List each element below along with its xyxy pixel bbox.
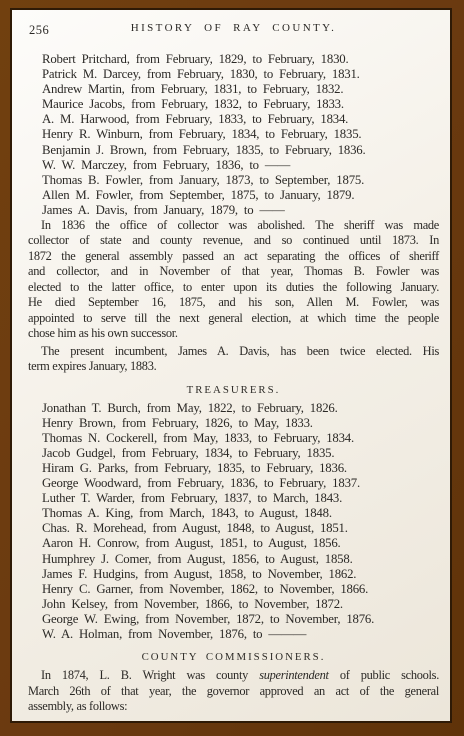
paragraph-line: elected to the latter office, to enter u… [28,280,439,295]
paragraph-line: assembly, as follows: [28,699,439,714]
paragraph-county-commissioners: In 1874, L. B. Wright was county superin… [28,668,439,714]
running-title: HISTORY OF RAY COUNTY. [28,22,439,34]
list-item: James F. Hudgins, from August, 1858, to … [42,567,439,582]
list-item: Thomas B. Fowler, from January, 1873, to… [42,173,439,188]
paragraph-line: The present incumbent, James A. Davis, h… [28,344,439,359]
list-item: Benjamin J. Brown, from February, 1835, … [42,143,439,158]
list-item: Hiram G. Parks, from February, 1835, to … [42,461,439,476]
list-item: George Woodward, from February, 1836, to… [42,476,439,491]
list-item: Allen M. Fowler, from September, 1875, t… [42,188,439,203]
paragraph-present-incumbent: The present incumbent, James A. Davis, h… [28,344,439,375]
list-item: W. A. Holman, from November, 1876, to ——… [42,627,439,642]
list-item: W. W. Marczey, from February, 1836, to —… [42,158,439,173]
paragraph-line: In 1874, L. B. Wright was county superin… [28,668,439,683]
paragraph-line: appointed to serve till the next general… [28,311,439,326]
paragraph-line: collector of state and county revenue, a… [28,233,439,248]
list-item: Patrick M. Darcey, from February, 1830, … [42,67,439,82]
book-page: 256 HISTORY OF RAY COUNTY. Robert Pritch… [10,8,452,723]
paragraph-collector-abolished: In 1836 the office of collector was abol… [28,218,439,342]
collectors-list: Robert Pritchard, from February, 1829, t… [28,52,439,218]
paragraph-line: 1872 the general assembly passed an act … [28,249,439,264]
treasurers-heading: TREASURERS. [28,384,439,396]
list-item: Maurice Jacobs, from February, 1832, to … [42,97,439,112]
treasurers-list: Jonathan T. Burch, from May, 1822, to Fe… [28,401,439,643]
list-item: Jacob Gudgel, from February, 1834, to Fe… [42,446,439,461]
list-item: Humphrey J. Comer, from August, 1856, to… [42,552,439,567]
list-item: James A. Davis, from January, 1879, to —… [42,203,439,218]
paragraph-line: In 1836 the office of collector was abol… [28,218,439,233]
list-item: Chas. R. Morehead, from August, 1848, to… [42,521,439,536]
paragraph-line: March 26th of that year, the governor ap… [28,684,439,699]
page-header: 256 HISTORY OF RAY COUNTY. [28,22,439,38]
book-page-frame: 256 HISTORY OF RAY COUNTY. Robert Pritch… [0,0,464,736]
county-commissioners-heading: COUNTY COMMISSIONERS. [28,651,439,663]
list-item: Aaron H. Conrow, from August, 1851, to A… [42,536,439,551]
paragraph-line: term expires January, 1883. [28,359,439,374]
paragraph-line: and collector, and in November of that y… [28,264,439,279]
list-item: Andrew Martin, from February, 1831, to F… [42,82,439,97]
list-item: John Kelsey, from November, 1866, to Nov… [42,597,439,612]
paragraph-line: He died September 16, 1875, and his son,… [28,295,439,310]
list-item: Henry C. Garner, from November, 1862, to… [42,582,439,597]
list-item: Luther T. Warder, from February, 1837, t… [42,491,439,506]
list-item: A. M. Harwood, from February, 1833, to F… [42,112,439,127]
list-item: Henry Brown, from February, 1826, to May… [42,416,439,431]
list-item: George W. Ewing, from November, 1872, to… [42,612,439,627]
list-item: Jonathan T. Burch, from May, 1822, to Fe… [42,401,439,416]
list-item: Henry R. Winburn, from February, 1834, t… [42,127,439,142]
list-item: Robert Pritchard, from February, 1829, t… [42,52,439,67]
list-item: Thomas N. Cockerell, from May, 1833, to … [42,431,439,446]
page-number: 256 [29,23,49,38]
list-item: Thomas A. King, from March, 1843, to Aug… [42,506,439,521]
paragraph-line: chose him as his own successor. [28,326,439,341]
